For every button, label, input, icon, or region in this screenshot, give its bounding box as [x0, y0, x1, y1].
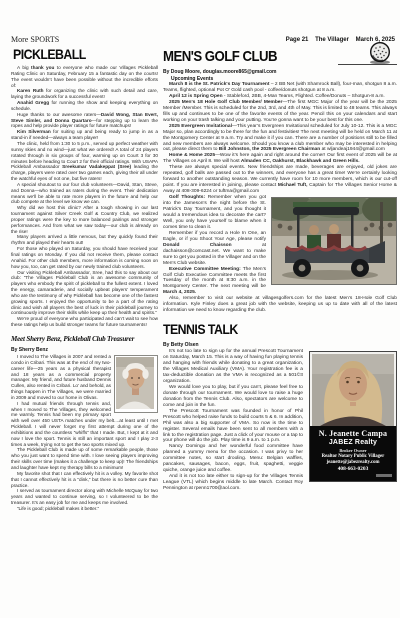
golf-byline: By Doug Moore, douglas.moore865@gmail.co… — [163, 69, 397, 75]
right-column: MEN'S GOLF CLUB By Doug Moore, douglas.m… — [163, 48, 397, 492]
paragraph: Karen Ruth for organizing the clinic wit… — [11, 88, 158, 100]
realtor-ad: N. Jeanette Campa JABEZ Realty Broker Ow… — [309, 351, 397, 482]
paragraph: Our visiting Pickleball Ambassador, Sree… — [11, 270, 158, 317]
paragraph: For those who played on Saturday, you sh… — [11, 246, 158, 269]
realtor-name: N. Jeanette Campa — [311, 429, 395, 438]
folio-page-number: Page 21 — [286, 37, 309, 43]
tennis-byline: By Betty Olsen — [163, 342, 397, 348]
paragraph: I served as tournament director along wi… — [11, 488, 158, 506]
realtor-photo — [310, 352, 396, 426]
paragraph: 2025 Men's 18 Hole Golf Club Member/ Mem… — [163, 100, 397, 124]
realtor-email: jeanette@jabezrealty.com — [311, 460, 395, 465]
paragraph: These are always special events. New fri… — [163, 165, 397, 195]
paragraph: Also, remember to visit our website at v… — [163, 296, 397, 314]
paragraph: A special shoutout to our four club volu… — [11, 182, 158, 205]
golf-cart-parade-photo — [271, 197, 397, 285]
section-kicker: More SPORTS — [11, 35, 59, 44]
paragraph: “Life is good; pickleball makes it bette… — [11, 506, 158, 512]
paragraph: Many players arrived a little nervous, b… — [11, 234, 158, 246]
paragraph: We’re proud of everyone who participated… — [11, 316, 158, 328]
sherry-byline: By Sherry Benz — [11, 347, 158, 353]
paragraph: March 8 is the St. Patrick's Day Tournam… — [163, 82, 397, 94]
left-column: PICKLEBALL A big thank you to everyone w… — [11, 46, 158, 512]
sherry-headline: Meet Sherry Benz, Pickleball Club Treasu… — [11, 334, 134, 343]
paragraph: Why did we host this clinic? After a tou… — [11, 205, 158, 234]
paragraph: My favorite shot that I can effectively … — [11, 471, 158, 489]
paragraph: Huge thanks to our awesome raters—David … — [11, 112, 158, 130]
golf-headline: MEN'S GOLF CLUB — [163, 49, 277, 64]
paragraph: 2025 Evergreen Invitational—This year’s … — [163, 124, 397, 154]
paragraph: The clinic, held from 1:30 to 5 p.m., se… — [11, 141, 158, 182]
golf-body: March 8 is the St. Patrick's Day Tournam… — [163, 82, 397, 195]
pickleball-body: A big thank you to everyone who made our… — [11, 65, 158, 328]
sherry-benz-photo — [114, 355, 158, 413]
realtor-role: Broker Owner — [311, 448, 395, 453]
tennis-headline: TENNIS TALK — [163, 322, 238, 336]
realtor-ad-text: N. Jeanette Campa JABEZ Realty Broker Ow… — [310, 426, 396, 481]
pickleball-headline: PICKLEBALL — [13, 47, 86, 61]
paragraph: Home & Home 2025—Wow it’s here again and… — [163, 153, 397, 165]
newspaper-page: More SPORTS Page 21 The Villager March 6… — [0, 0, 400, 618]
realtor-company: JABEZ Realty — [311, 439, 395, 446]
sherry-body-wrap: I moved to The Villages in 2007 and rent… — [11, 354, 158, 512]
paragraph: The Pickleball Club is made up of some r… — [11, 447, 158, 470]
realtor-phone: 408-663-0203 — [311, 466, 395, 472]
realtor-license-fineprint — [376, 474, 392, 477]
paragraph: Kim Silverman for suiting up and being r… — [11, 129, 158, 141]
paragraph: Anahid Gregg for running the show and ke… — [11, 100, 158, 112]
paragraph: A big thank you to everyone who made our… — [11, 65, 158, 88]
folio-paper-name: The Villager — [315, 37, 349, 43]
realtor-credentials: Realtor Notary Public Villager — [311, 454, 395, 459]
